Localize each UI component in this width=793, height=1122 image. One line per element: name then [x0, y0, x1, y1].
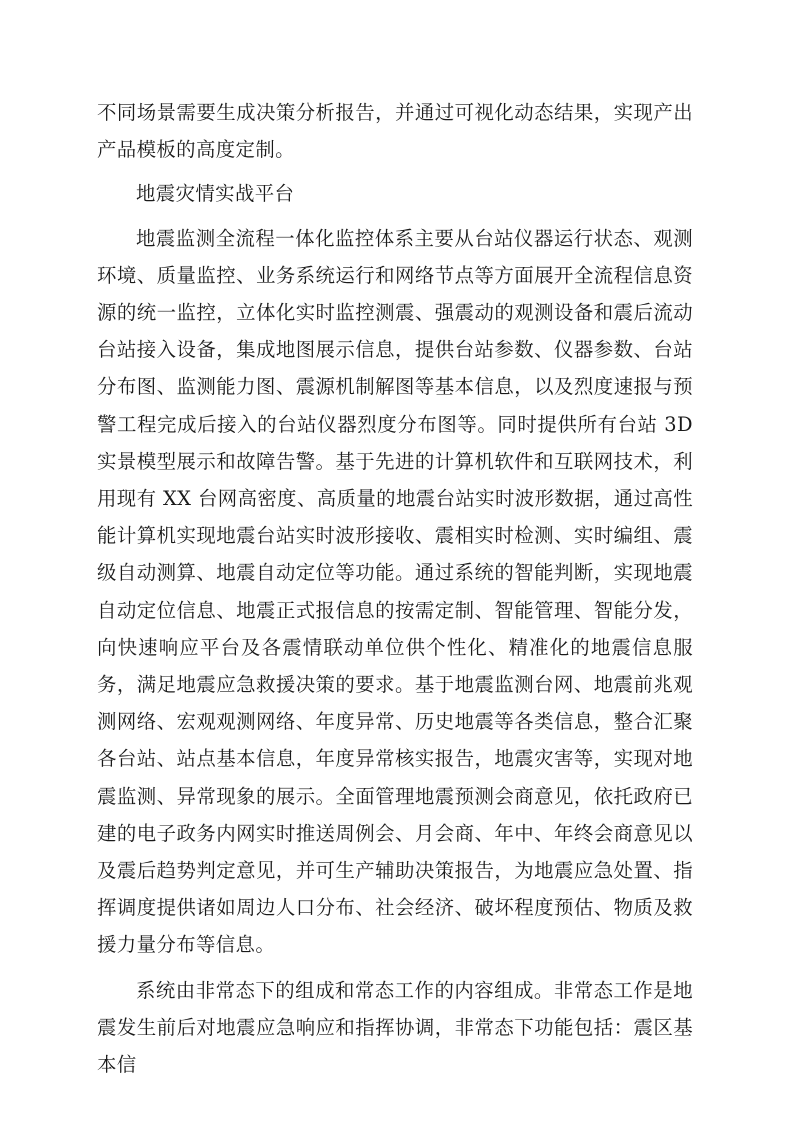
paragraph-continuation: 不同场景需要生成决策分析报告，并通过可视化动态结果，实现产出产品模板的高度定制。 [97, 94, 693, 168]
section-heading: 地震灾情实战平台 [97, 175, 693, 212]
paragraph-body: 系统由非常态下的组成和常态工作的内容组成。非常态工作是地震发生前后对地震应急响应… [97, 972, 693, 1084]
document-page: 不同场景需要生成决策分析报告，并通过可视化动态结果，实现产出产品模板的高度定制。… [97, 94, 693, 1083]
paragraph-body: 地震监测全流程一体化监控体系主要从台站仪器运行状态、观测环境、质量监控、业务系统… [97, 220, 693, 964]
